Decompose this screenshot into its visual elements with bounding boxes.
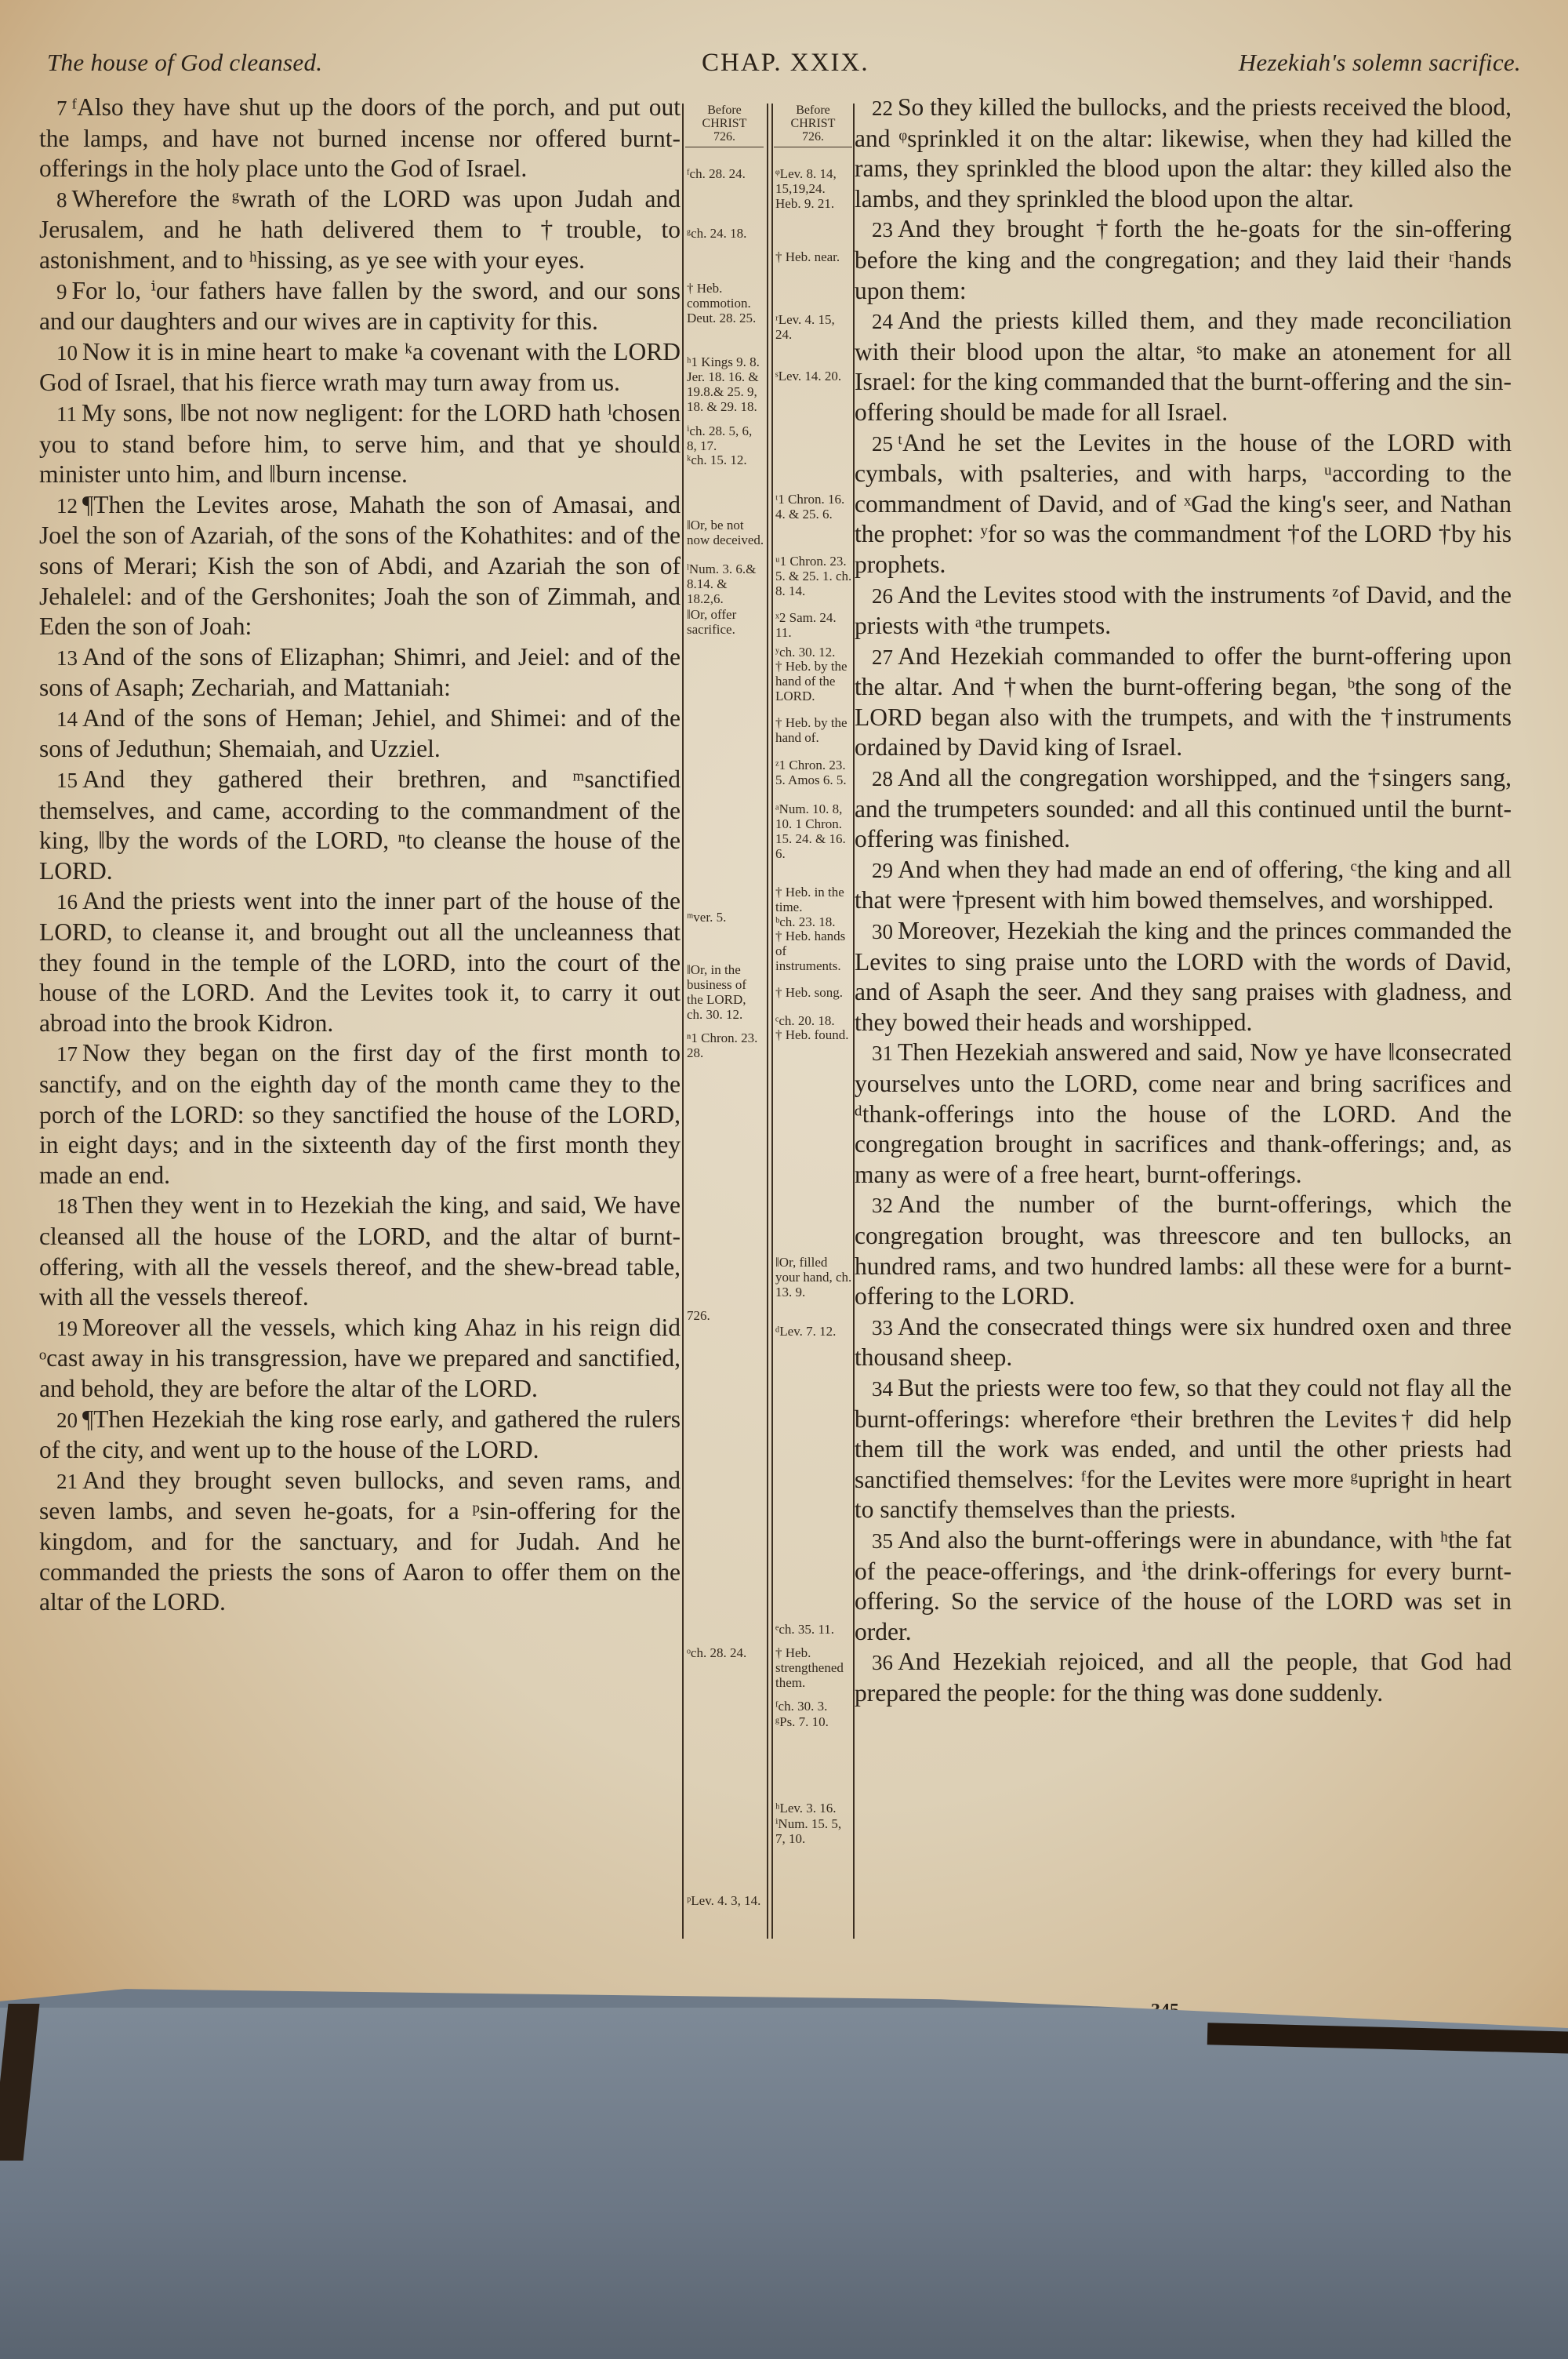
verse-text: And when they had made an end of offerin… <box>855 856 1512 914</box>
bible-page: The house of God cleansed. CHAP. XXIX. H… <box>0 0 1568 2055</box>
running-head: The house of God cleansed. CHAP. XXIX. H… <box>47 49 1521 85</box>
cross-reference-note: ʸch. 30. 12. <box>775 645 854 660</box>
verse-number: 18 <box>56 1194 78 1218</box>
cross-reference-note: ˡNum. 3. 6.& 8.14. & 18.2,6. <box>687 562 765 606</box>
before-christ-header: Before CHRIST 726. <box>774 104 852 147</box>
verse-number: 12 <box>56 494 78 518</box>
verse: 15And they gathered their brethren, and … <box>39 765 681 886</box>
verse-text: And the priests killed them, and they ma… <box>855 307 1512 426</box>
cross-reference-note: ᵍPs. 7. 10. <box>775 1714 854 1729</box>
running-head-right: Hezekiah's solemn sacrifice. <box>1239 49 1521 77</box>
cross-reference-note: ʰ1 Kings 9. 8. Jer. 18. 16. & 19.8.& 25.… <box>687 354 765 414</box>
verse: 24And the priests killed them, and they … <box>855 306 1512 427</box>
verse: 21And they brought seven bullocks, and s… <box>39 1466 681 1618</box>
cross-reference-note: † Heb. song. <box>775 985 854 1000</box>
verse: 19Moreover all the vessels, which king A… <box>39 1313 681 1405</box>
cross-reference-note: ‖Or, filled your hand, ch. 13. 9. <box>775 1255 854 1299</box>
verse-text: But the priests were too few, so that th… <box>855 1374 1512 1523</box>
verse: 22So they killed the bullocks, and the p… <box>855 93 1512 214</box>
cross-reference-note: ‖Or, offer sacrifice. <box>687 607 765 637</box>
verse-number: 33 <box>872 1316 893 1339</box>
verse-text: And the consecrated things were six hund… <box>855 1313 1512 1372</box>
verse-text: And of the sons of Elizaphan; Shimri, an… <box>39 643 681 702</box>
verse-number: 34 <box>872 1377 893 1401</box>
verse: 27And Hezekiah commanded to offer the bu… <box>855 642 1512 763</box>
verse: 20¶Then Hezekiah the king rose early, an… <box>39 1405 681 1466</box>
verse: 11My sons, ‖be not now negligent: for th… <box>39 398 681 490</box>
verse: 28And all the congregation worshipped, a… <box>855 763 1512 855</box>
verse: 34But the priests were too few, so that … <box>855 1373 1512 1525</box>
verse: 33And the consecrated things were six hu… <box>855 1312 1512 1373</box>
cross-reference-note: ᶠch. 30. 3. <box>775 1699 854 1714</box>
verse: 14And of the sons of Heman; Jehiel, and … <box>39 703 681 765</box>
cross-reference-note: † Heb. found. <box>775 1027 854 1042</box>
verse-number: 7 <box>56 96 67 120</box>
verse-number: 19 <box>56 1317 78 1340</box>
verse-number: 29 <box>872 859 893 882</box>
verse-text: ¶Then Hezekiah the king rose early, and … <box>39 1405 681 1464</box>
cross-reference-note: ᵐver. 5. <box>687 910 765 925</box>
verse-number: 20 <box>56 1408 78 1432</box>
verse: 32And the number of the burnt-offerings,… <box>855 1190 1512 1311</box>
cross-reference-note: † Heb. by the hand of the LORD. <box>775 659 854 703</box>
cross-reference-note: ⁿ1 Chron. 23. 28. <box>687 1030 765 1060</box>
verse-text: And they brought seven bullocks, and sev… <box>39 1467 681 1616</box>
cross-reference-note: ᵏch. 15. 12. <box>687 453 765 467</box>
cross-reference-note: † Heb. strengthened them. <box>775 1645 854 1690</box>
cross-reference-note: ‖Or, be not now deceived. <box>687 518 765 547</box>
verse-number: 14 <box>56 707 78 731</box>
verse-text: And Hezekiah commanded to offer the burn… <box>855 642 1512 761</box>
cross-reference-note: ᵘ1 Chron. 23. 5. & 25. 1. ch. 8. 14. <box>775 554 854 598</box>
verse: 31Then Hezekiah answered and said, Now y… <box>855 1038 1512 1190</box>
cross-reference-note: ᵠLev. 8. 14, 15,19,24. Heb. 9. 21. <box>775 166 854 211</box>
cross-reference-note: 726. <box>687 1308 765 1323</box>
verse-number: 23 <box>872 218 893 242</box>
verse-text: Moreover, Hezekiah the king and the prin… <box>855 917 1512 1036</box>
cross-reference-note: ˣ2 Sam. 24. 11. <box>775 610 854 640</box>
header-line: CHRIST <box>774 117 852 130</box>
verse-number: 26 <box>872 584 893 608</box>
verse-number: 21 <box>56 1470 78 1493</box>
table-surface-background <box>0 2008 1568 2359</box>
verse: 29And when they had made an end of offer… <box>855 855 1512 916</box>
verse-text: Now it is in mine heart to make ᵏa coven… <box>39 338 681 397</box>
cross-reference-note: ᵇch. 23. 18. <box>775 914 854 929</box>
cross-reference-note: ᶠch. 28. 24. <box>687 166 765 181</box>
verse: 23And they brought †forth the he-goats f… <box>855 214 1512 306</box>
verse-text: And all the congregation worshipped, and… <box>855 764 1512 852</box>
verse: 18Then they went in to Hezekiah the king… <box>39 1190 681 1312</box>
cross-reference-note: ᵒch. 28. 24. <box>687 1645 765 1660</box>
verse-text: Now they began on the first day of the f… <box>39 1039 681 1188</box>
verse: 12¶Then the Levites arose, Mahath the so… <box>39 490 681 642</box>
header-line: 726. <box>685 130 764 144</box>
cross-reference-note: ‖Or, in the business of the LORD, ch. 30… <box>687 962 765 1022</box>
cross-reference-note: ᵃNum. 10. 8, 10. 1 Chron. 15. 24. & 16. … <box>775 801 854 861</box>
verse: 35And also the burnt-offerings were in a… <box>855 1525 1512 1647</box>
verse-text: Moreover all the vessels, which king Aha… <box>39 1314 681 1402</box>
chapter-heading: CHAP. XXIX. <box>702 49 869 78</box>
verse-number: 27 <box>872 645 893 669</box>
verse-text: Then they went in to Hezekiah the king, … <box>39 1191 681 1310</box>
before-christ-header: Before CHRIST 726. <box>685 104 764 147</box>
header-line: 726. <box>774 130 852 144</box>
cross-reference-note: ᵈLev. 7. 12. <box>775 1324 854 1339</box>
cross-reference-note: ᵖLev. 4. 3, 14. <box>687 1893 765 1908</box>
verse-text: And also the burnt-offerings were in abu… <box>855 1526 1512 1645</box>
cross-reference-note: ʰLev. 3. 16. <box>775 1801 854 1816</box>
cross-reference-note: ⁱNum. 15. 5, 7, 10. <box>775 1816 854 1846</box>
cross-reference-note: † Heb. near. <box>775 249 854 264</box>
verse: 9For lo, ⁱour fathers have fallen by the… <box>39 276 681 337</box>
verse: 26And the Levites stood with the instrum… <box>855 580 1512 642</box>
verse-text: So they killed the bullocks, and the pri… <box>855 93 1512 213</box>
cross-reference-note: ᵗ1 Chron. 16. 4. & 25. 6. <box>775 492 854 522</box>
cross-reference-note: † Heb. by the hand of. <box>775 715 854 745</box>
verse-text: And the number of the burnt-offerings, w… <box>855 1190 1512 1310</box>
verse-number: 13 <box>56 646 78 670</box>
verse-text: And they gathered their brethren, and ᵐs… <box>39 765 681 885</box>
cross-reference-note: † Heb. commotion. Deut. 28. 25. <box>687 281 765 325</box>
column-rule <box>771 104 773 1939</box>
verse-text: For lo, ⁱour fathers have fallen by the … <box>39 277 681 336</box>
verse: 30Moreover, Hezekiah the king and the pr… <box>855 916 1512 1038</box>
cross-reference-note: † Heb. hands of instruments. <box>775 929 854 973</box>
verse-text: Wherefore the ᵍwrath of the LORD was upo… <box>39 185 681 274</box>
verse: 13And of the sons of Elizaphan; Shimri, … <box>39 642 681 703</box>
running-head-left: The house of God cleansed. <box>47 49 322 77</box>
verse-text: And the priests went into the inner part… <box>39 887 681 1036</box>
cross-reference-note: ⁱch. 28. 5, 6, 8, 17. <box>687 423 765 453</box>
verse-text: ᶠAlso they have shut up the doors of the… <box>39 93 681 182</box>
cross-reference-note: ʳLev. 4. 15, 24. <box>775 312 854 342</box>
column-rule <box>767 104 768 1939</box>
verse-number: 31 <box>872 1041 893 1065</box>
cross-reference-note: ˢLev. 14. 20. <box>775 369 854 383</box>
verse-text: And Hezekiah rejoiced, and all the peopl… <box>855 1648 1512 1707</box>
verse-number: 36 <box>872 1651 893 1674</box>
verse-number: 17 <box>56 1042 78 1066</box>
left-text-column: 7ᶠAlso they have shut up the doors of th… <box>39 93 681 1618</box>
verse-number: 22 <box>872 96 893 120</box>
verse-number: 11 <box>56 402 77 426</box>
verse-number: 24 <box>872 310 893 333</box>
verse: 10Now it is in mine heart to make ᵏa cov… <box>39 337 681 398</box>
verse-text: ᵗAnd he set the Levites in the house of … <box>855 429 1512 578</box>
verse-text: And they brought †forth the he-goats for… <box>855 215 1512 304</box>
verse-text: Then Hezekiah answered and said, Now ye … <box>855 1038 1512 1187</box>
verse-number: 15 <box>56 769 78 792</box>
verse-text: And the Levites stood with the instrumen… <box>855 581 1512 640</box>
verse-number: 10 <box>56 341 78 365</box>
right-text-column: 22So they killed the bullocks, and the p… <box>855 93 1512 1708</box>
verse-number: 32 <box>872 1194 893 1217</box>
column-rule <box>682 104 684 1939</box>
cross-reference-note: ᶻ1 Chron. 23. 5. Amos 6. 5. <box>775 758 854 787</box>
verse: 8Wherefore the ᵍwrath of the LORD was up… <box>39 184 681 276</box>
cross-reference-note: ᵉch. 35. 11. <box>775 1622 854 1637</box>
verse-number: 8 <box>56 188 67 212</box>
verse-number: 9 <box>56 280 67 304</box>
verse-text: And of the sons of Heman; Jehiel, and Sh… <box>39 704 681 763</box>
verse-number: 28 <box>872 767 893 791</box>
verse-number: 35 <box>872 1529 893 1553</box>
verse: 36And Hezekiah rejoiced, and all the peo… <box>855 1647 1512 1708</box>
header-line: CHRIST <box>685 117 764 130</box>
verse-text: My sons, ‖be not now negligent: for the … <box>39 399 681 488</box>
cross-reference-note: ᶜch. 20. 18. <box>775 1013 854 1028</box>
header-line: Before <box>685 104 764 117</box>
verse: 16And the priests went into the inner pa… <box>39 886 681 1038</box>
verse: 17Now they began on the first day of the… <box>39 1038 681 1190</box>
verse-number: 16 <box>56 890 78 914</box>
cross-reference-note: ᵍch. 24. 18. <box>687 226 765 241</box>
verse-number: 25 <box>872 432 893 456</box>
verse: 25ᵗAnd he set the Levites in the house o… <box>855 428 1512 580</box>
verse-text: ¶Then the Levites arose, Mahath the son … <box>39 491 681 640</box>
verse: 7ᶠAlso they have shut up the doors of th… <box>39 93 681 184</box>
verse-number: 30 <box>872 920 893 943</box>
header-line: Before <box>774 104 852 117</box>
cross-reference-note: † Heb. in the time. <box>775 885 854 914</box>
